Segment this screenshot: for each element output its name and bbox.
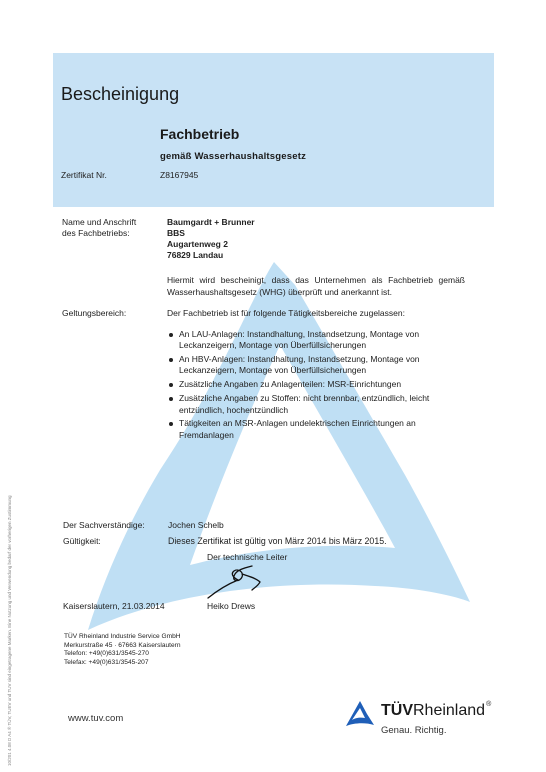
intro-text: Hiermit wird bescheinigt, dass das Unter… xyxy=(167,275,465,298)
scope-item: Tätigkeiten an MSR-Anlagen undelektrisch… xyxy=(167,418,467,441)
bullet-icon xyxy=(169,422,173,426)
validity-label: Gültigkeit: xyxy=(63,536,101,546)
scope-list: An LAU-Anlagen: Instandhaltung, Instands… xyxy=(167,329,467,444)
expert-name: Jochen Schelb xyxy=(168,520,224,530)
company-label: Name und Anschrift des Fachbetriebs: xyxy=(62,217,136,239)
company-abbrev: BBS xyxy=(167,228,255,239)
scope-item: Zusätzliche Angaben zu Stoffen: nicht br… xyxy=(167,393,467,416)
company-street: Augartenweg 2 xyxy=(167,239,255,250)
scope-item: Zusätzliche Angaben zu Anlagenteilen: MS… xyxy=(167,379,467,390)
bullet-icon xyxy=(169,397,173,401)
scope-item: An LAU-Anlagen: Instandhaltung, Instands… xyxy=(167,329,467,352)
trademark-note: 10/201 4.08 D A4 ® TÜV, TUEV und TUV sin… xyxy=(7,495,12,766)
scope-label: Geltungsbereich: xyxy=(62,308,126,318)
issuer-street: Merkurstraße 45 · 67663 Kaiserslautern xyxy=(64,642,181,651)
certificate-subheading: gemäß Wasserhaushaltsgesetz xyxy=(160,151,306,162)
issuer-block: TÜV Rheinland Industrie Service GmbH Mer… xyxy=(64,633,181,667)
tuv-triangle-icon xyxy=(345,700,375,728)
website-link[interactable]: www.tuv.com xyxy=(68,713,123,724)
issuer-name: TÜV Rheinland Industrie Service GmbH xyxy=(64,633,181,642)
document-title: Bescheinigung xyxy=(61,84,179,105)
company-city: 76829 Landau xyxy=(167,250,255,261)
header-band xyxy=(53,53,494,207)
company-label-line1: Name und Anschrift xyxy=(62,217,136,228)
issuer-phone: Telefon: +49(0)631/3545-270 xyxy=(64,650,181,659)
signature-icon xyxy=(200,560,280,600)
bullet-icon xyxy=(169,333,173,337)
company-address: Baumgardt + Brunner BBS Augartenweg 2 76… xyxy=(167,217,255,261)
certificate-heading: Fachbetrieb xyxy=(160,126,239,142)
place-date: Kaiserslautern, 21.03.2014 xyxy=(63,601,165,611)
validity-text: Dieses Zertifikat ist gültig von März 20… xyxy=(168,536,387,546)
signatory-name: Heiko Drews xyxy=(207,601,255,611)
company-label-line2: des Fachbetriebs: xyxy=(62,228,136,239)
scope-intro: Der Fachbetrieb ist für folgende Tätigke… xyxy=(167,308,405,318)
certificate-number: Z8167945 xyxy=(160,170,198,180)
bullet-icon xyxy=(169,383,173,387)
expert-label: Der Sachverständige: xyxy=(63,520,145,530)
brand-slogan: Genau. Richtig. xyxy=(381,725,446,736)
certificate-page: Bescheinigung Fachbetrieb gemäß Wasserha… xyxy=(0,0,546,772)
bullet-icon xyxy=(169,358,173,362)
brand-name: TÜVRheinland® xyxy=(381,702,491,720)
certificate-number-label: Zertifikat Nr. xyxy=(61,170,107,180)
company-name: Baumgardt + Brunner xyxy=(167,217,255,228)
issuer-fax: Telefax: +49(0)631/3545-207 xyxy=(64,659,181,668)
scope-item: An HBV-Anlagen: Instandhaltung, Instands… xyxy=(167,354,467,377)
